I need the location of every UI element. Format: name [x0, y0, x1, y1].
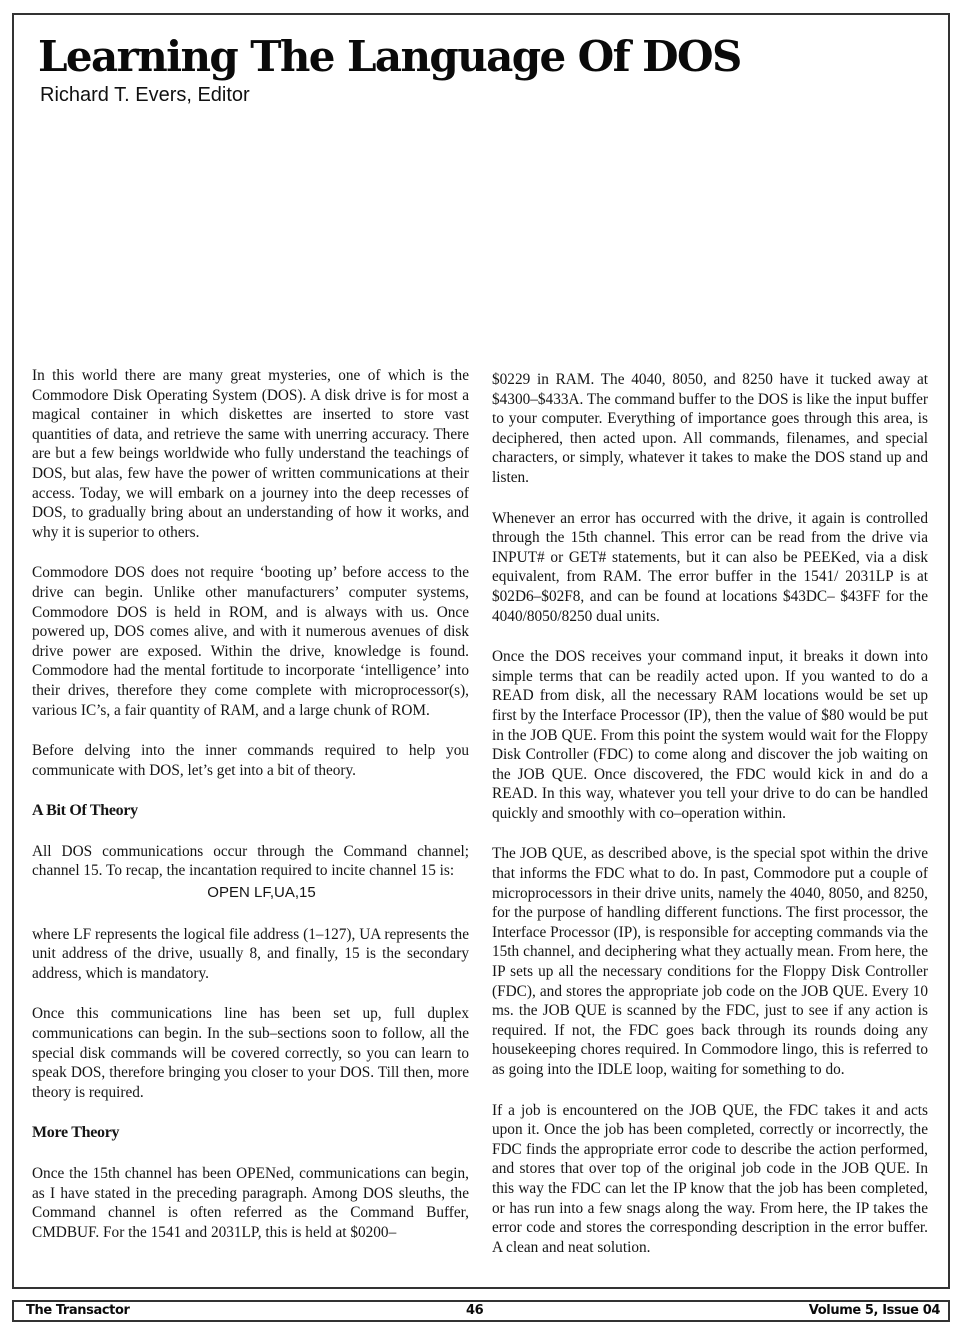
page-footer: The Transactor 46 Volume 5, Issue 04: [12, 1300, 950, 1322]
paragraph: Once the 15th channel has been OPENed, c…: [32, 1164, 469, 1242]
paragraph: $0229 in RAM. The 4040, 8050, and 8250 h…: [492, 370, 928, 488]
section-heading: A Bit Of Theory: [32, 801, 469, 821]
article-title: Learning The Language Of DOS: [38, 36, 741, 78]
paragraph: In this world there are many great myste…: [32, 366, 469, 542]
code-snippet: OPEN LF,UA,15: [32, 883, 469, 903]
paragraph: The JOB QUE, as described above, is the …: [492, 844, 928, 1079]
paragraph: where LF represents the logical file add…: [32, 925, 469, 984]
page-number: 46: [466, 1302, 483, 1320]
paragraph: Once this communications line has been s…: [32, 1004, 469, 1102]
right-column: $0229 in RAM. The 4040, 8050, and 8250 h…: [492, 370, 928, 1278]
paragraph: Before delving into the inner commands r…: [32, 741, 469, 780]
paragraph: Commodore DOS does not require ‘booting …: [32, 563, 469, 720]
issue-label: Volume 5, Issue 04: [809, 1302, 940, 1320]
paragraph: All DOS communications occur through the…: [32, 842, 469, 881]
paragraph: Whenever an error has occurred with the …: [492, 509, 928, 627]
paragraph: Once the DOS receives your command input…: [492, 647, 928, 823]
publication-name: The Transactor: [26, 1302, 130, 1320]
left-column: In this world there are many great myste…: [32, 366, 469, 1263]
paragraph: If a job is encountered on the JOB QUE, …: [492, 1101, 928, 1258]
article-byline: Richard T. Evers, Editor: [40, 84, 250, 106]
section-heading: More Theory: [32, 1123, 469, 1143]
